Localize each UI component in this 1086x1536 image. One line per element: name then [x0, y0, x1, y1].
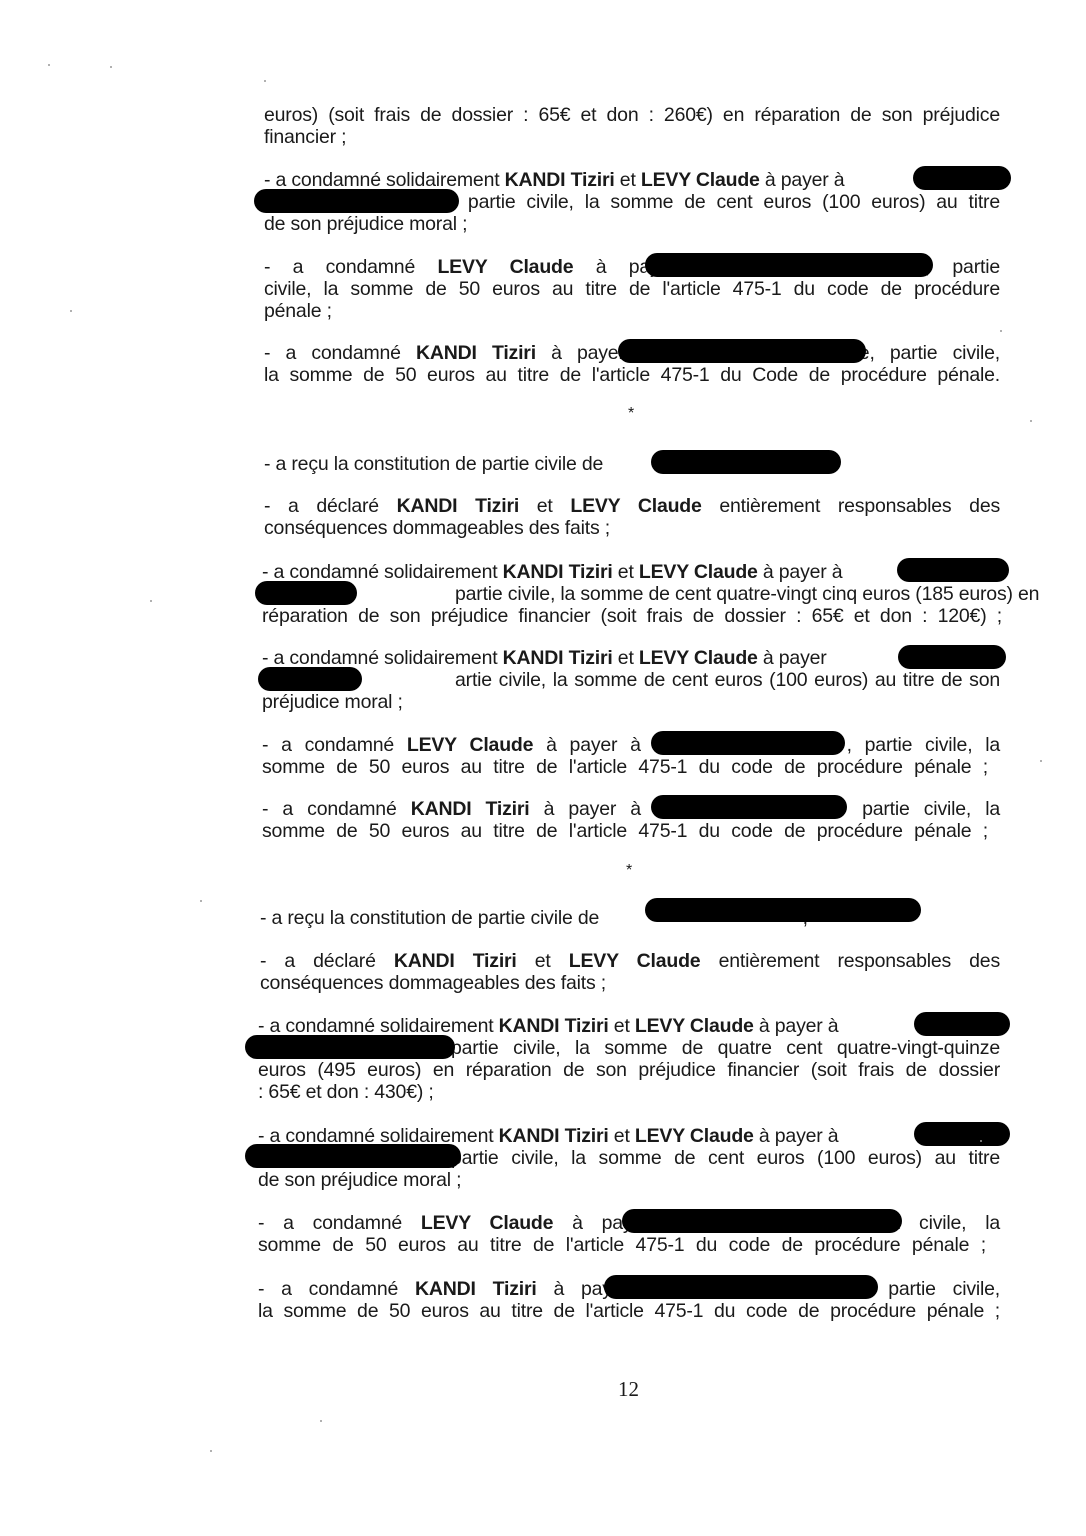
text-line: civile, la somme de 50 euros au titre de…	[264, 278, 1000, 300]
redaction-bar	[255, 581, 357, 605]
text-line: préjudice moral ;	[262, 691, 403, 713]
redaction-bar	[245, 1144, 461, 1168]
page-number: 12	[618, 1377, 639, 1402]
defendant-name: KANDI Tiziri	[394, 950, 517, 972]
scan-speck	[264, 80, 266, 82]
defendant-name: KANDI Tiziri	[411, 798, 530, 820]
redaction-bar	[645, 898, 921, 922]
text-line: euros) (soit frais de dossier : 65€ et d…	[264, 104, 1000, 126]
defendant-name: LEVY Claude	[407, 734, 533, 756]
redaction-bar	[258, 667, 362, 691]
redaction-bar	[651, 731, 845, 755]
defendant-name: KANDI Tiziri	[415, 1278, 537, 1300]
text-line: la somme de 50 euros au titre de l'artic…	[258, 1300, 1000, 1322]
scan-speck	[70, 310, 72, 312]
text-line: - a condamné KANDI Tiziri à payer à part…	[262, 798, 1000, 820]
redaction-bar	[645, 253, 933, 277]
text-line: conséquences dommageables des faits ;	[260, 972, 606, 994]
defendant-name: KANDI Tiziri	[505, 169, 615, 191]
text-line: euros (495 euros) en réparation de son p…	[258, 1059, 1000, 1081]
scan-speck	[110, 66, 112, 68]
scan-speck	[1040, 760, 1042, 762]
defendant-name: LEVY Claude	[421, 1212, 553, 1234]
redaction-bar	[651, 450, 841, 474]
text-line: somme de 50 euros au titre de l'article …	[258, 1234, 986, 1256]
defendant-name: KANDI Tiziri	[499, 1125, 609, 1147]
redaction-bar	[622, 1209, 902, 1233]
section-separator: *	[628, 405, 634, 423]
redaction-bar	[914, 1122, 1010, 1146]
defendant-name: KANDI Tiziri	[503, 647, 613, 669]
defendant-name: KANDI Tiziri	[397, 495, 519, 517]
defendant-name: LEVY Claude	[570, 495, 701, 517]
text-line: - a déclaré KANDI Tiziri et LEVY Claude …	[264, 495, 1000, 517]
redaction-bar	[651, 795, 847, 819]
text-line: artie civile, la somme de cent euros (10…	[262, 669, 1000, 691]
defendant-name: LEVY Claude	[437, 256, 573, 278]
defendant-name: LEVY Claude	[639, 647, 758, 669]
scan-speck	[150, 600, 152, 602]
scan-speck	[320, 1420, 322, 1422]
text-line: : 65€ et don : 430€) ;	[258, 1081, 434, 1103]
scan-speck	[980, 1140, 982, 1142]
defendant-name: KANDI Tiziri	[499, 1015, 609, 1037]
redaction-bar	[604, 1275, 878, 1299]
text-line: financier ;	[264, 126, 346, 148]
section-separator: *	[626, 862, 632, 880]
text-line: conséquences dommageables des faits ;	[264, 517, 610, 539]
scan-speck	[200, 900, 202, 902]
defendant-name: LEVY Claude	[639, 561, 758, 583]
redaction-bar	[914, 1012, 1010, 1036]
text-line: - a déclaré KANDI Tiziri et LEVY Claude …	[260, 950, 1000, 972]
scan-speck	[1030, 420, 1032, 422]
text-line: la somme de 50 euros au titre de l'artic…	[264, 364, 1000, 386]
text-line: partie civile, la somme de cent quatre-v…	[262, 583, 1002, 605]
text-line: somme de 50 euros au titre de l'article …	[262, 756, 988, 778]
text-line: réparation de son préjudice financier (s…	[262, 605, 1002, 627]
defendant-name: LEVY Claude	[641, 169, 760, 191]
scan-speck	[48, 64, 50, 66]
text-line: - a condamné LEVY Claude à payer à , par…	[262, 734, 1000, 756]
text-line: pénale ;	[264, 300, 332, 322]
redaction-bar	[254, 189, 459, 213]
scan-speck	[1000, 330, 1002, 332]
text-line: - a condamné solidairement KANDI Tiziri …	[262, 561, 1006, 583]
text-line: - a condamné solidairement KANDI Tiziri …	[258, 1015, 1000, 1037]
text-line: - a condamné solidairement KANDI Tiziri …	[262, 647, 1002, 669]
redaction-bar	[913, 166, 1011, 190]
defendant-name: KANDI Tiziri	[416, 342, 536, 364]
text-line: de son préjudice moral ;	[264, 213, 467, 235]
defendant-name: LEVY Claude	[635, 1125, 754, 1147]
defendant-name: KANDI Tiziri	[503, 561, 613, 583]
redaction-bar	[898, 645, 1006, 669]
redaction-bar	[897, 558, 1009, 582]
text-line: somme de 50 euros au titre de l'article …	[262, 820, 988, 842]
text-line: de son préjudice moral ;	[258, 1169, 461, 1191]
scan-speck	[210, 1450, 212, 1452]
redaction-bar	[245, 1035, 455, 1059]
redaction-bar	[618, 339, 866, 363]
defendant-name: LEVY Claude	[569, 950, 701, 972]
defendant-name: LEVY Claude	[635, 1015, 754, 1037]
text-line: - a condamné solidairement KANDI Tiziri …	[264, 169, 1004, 191]
